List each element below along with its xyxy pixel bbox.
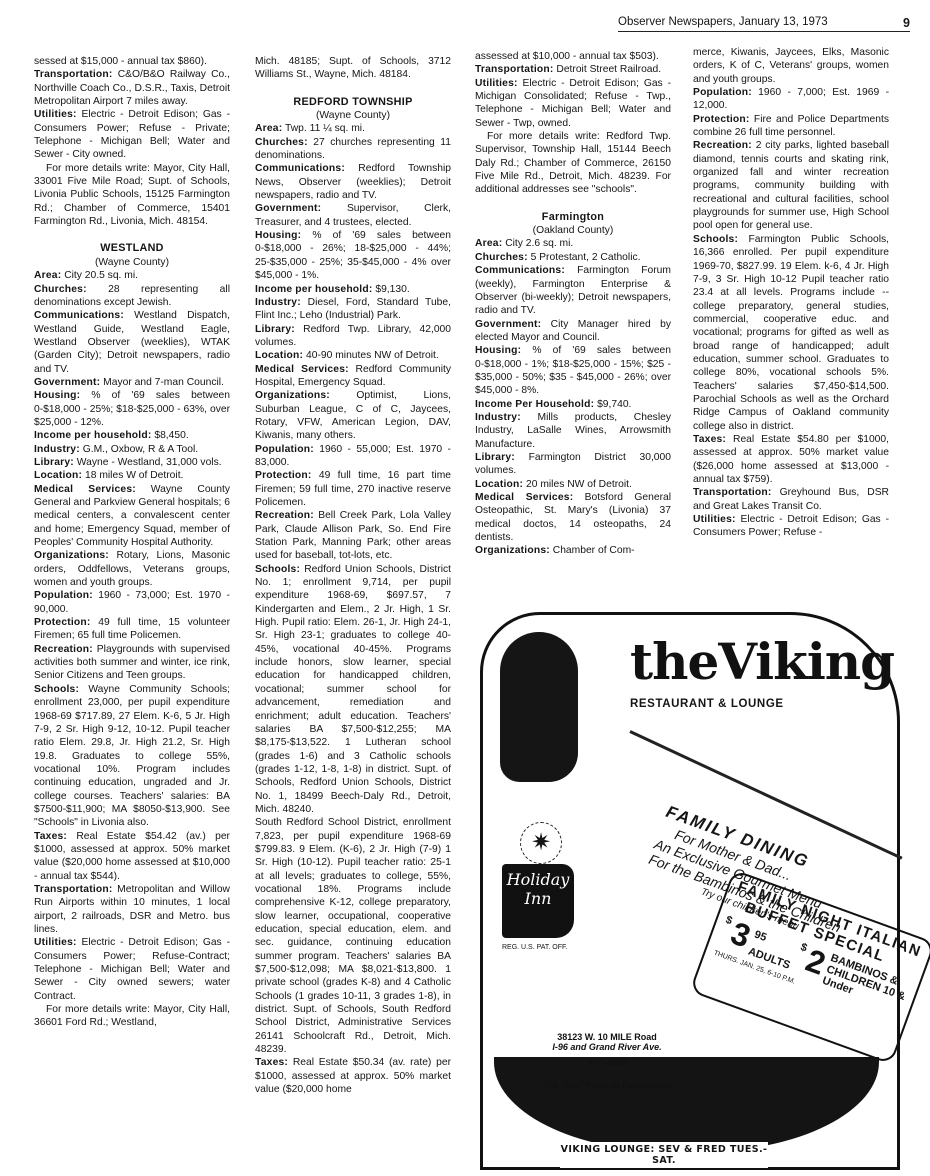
entry-label: Industry: bbox=[475, 412, 521, 423]
entry-transportation: Transportation: Metropolitan and Willow … bbox=[34, 883, 230, 936]
entry-text: $9,740. bbox=[594, 399, 631, 410]
entry-label: Transportation: bbox=[475, 64, 554, 75]
entry-population: Population: 1960 - 73,000; Est. 1970 - 9… bbox=[34, 589, 230, 616]
entry-label: Industry: bbox=[255, 297, 301, 308]
entry-text: merce, Kiwanis, Jaycees, Elks, Masonic o… bbox=[693, 47, 889, 85]
entry-communications: Communications: Westland Dispatch, Westl… bbox=[34, 309, 230, 376]
entry-area: Area: City 2.6 sq. mi. bbox=[475, 237, 671, 250]
entry-text: Chamber of Com- bbox=[550, 545, 635, 556]
page-number: 9 bbox=[903, 16, 910, 30]
entry-text: City 2.6 sq. mi. bbox=[502, 238, 573, 249]
entry-text: Twp. 11 ¼ sq. mi. bbox=[282, 123, 365, 134]
paragraph: For more details write: Redford Twp. Sup… bbox=[475, 130, 671, 197]
viking-helmet-icon bbox=[500, 632, 578, 782]
ad-slogan: The "Inn" Place in Farmington bbox=[532, 1080, 682, 1090]
section-heading: WESTLAND bbox=[34, 242, 230, 255]
entry-label: Churches: bbox=[255, 137, 308, 148]
entry-recreation: Recreation: Bell Creek Park, Lola Valley… bbox=[255, 509, 451, 562]
holiday-inn-logo: Holiday Inn bbox=[502, 864, 574, 938]
paragraph: South Redford School District, enrollmen… bbox=[255, 816, 451, 1056]
entry-label: Utilities: bbox=[475, 78, 518, 89]
section-county: (Wayne County) bbox=[34, 256, 230, 269]
entry-text: $9,130. bbox=[372, 284, 409, 295]
entry-utilities: Utilities: Electric - Detroit Edison; Ga… bbox=[693, 513, 889, 540]
entry-housing: Housing: % of '69 sales between 0-$18,00… bbox=[475, 344, 671, 397]
entry-label: Transportation: bbox=[693, 487, 772, 498]
entry-text: For more details write: Redford Twp. Sup… bbox=[475, 131, 671, 195]
entry-churches: Churches: 28 representing all denominati… bbox=[34, 283, 230, 310]
ad-tagline: RESTAURANT & LOUNGE bbox=[630, 698, 784, 710]
viking-restaurant-ad: theViking RESTAURANT & LOUNGE FAMILY DIN… bbox=[480, 612, 924, 1168]
section-county: (Oakland County) bbox=[475, 224, 671, 237]
entry-government: Government: Mayor and 7-man Council. bbox=[34, 376, 230, 389]
star-icon: ✷ bbox=[520, 822, 562, 864]
entry-communications: Communications: Farmington Forum (weekly… bbox=[475, 264, 671, 317]
entry-label: Taxes: bbox=[693, 434, 726, 445]
entry-schools: Schools: Wayne Community Schools; enroll… bbox=[34, 683, 230, 830]
entry-industry: Industry: Diesel, Ford, Standard Tube, F… bbox=[255, 296, 451, 323]
entry-location: Location: 18 miles W of Detroit. bbox=[34, 469, 230, 482]
entry-recreation: Recreation: Playgrounds with supervised … bbox=[34, 643, 230, 683]
column-3: assessed at $10,000 - annual tax $503).T… bbox=[475, 50, 671, 558]
entry-label: Schools: bbox=[34, 684, 79, 695]
entry-label: Location: bbox=[34, 470, 82, 481]
entry-label: Taxes: bbox=[34, 831, 67, 842]
entry-label: Population: bbox=[693, 87, 752, 98]
section-heading: Farmington bbox=[475, 211, 671, 224]
entry-label: Churches: bbox=[34, 284, 87, 295]
entry-label: Communications: bbox=[255, 163, 345, 174]
entry-label: Library: bbox=[34, 457, 74, 468]
entry-medicalservices: Medical Services: Botsford General Osteo… bbox=[475, 491, 671, 544]
entry-library: Library: Redford Twp. Library, 42,000 vo… bbox=[255, 323, 451, 350]
entry-text: G.M., Oxbow, R & A Tool. bbox=[80, 444, 198, 455]
entry-area: Area: City 20.5 sq. mi. bbox=[34, 269, 230, 282]
entry-text: 2 city parks, lighted baseball diamond, … bbox=[693, 140, 889, 231]
column-1: sessed at $15,000 - annual tax $860).Tra… bbox=[34, 55, 230, 1030]
entry-text: For more details write: Mayor, City Hall… bbox=[34, 163, 230, 227]
entry-label: Taxes: bbox=[255, 1057, 288, 1068]
entry-label: Schools: bbox=[255, 564, 300, 575]
entry-library: Library: Wayne - Westland, 31,000 vols. bbox=[34, 456, 230, 469]
entry-communications: Communications: Redford Township News, O… bbox=[255, 162, 451, 202]
entry-text: City 20.5 sq. mi. bbox=[61, 270, 138, 281]
ad-address-block: 38123 W. 10 MILE Road I-96 and Grand Riv… bbox=[532, 1032, 682, 1090]
section-county: (Wayne County) bbox=[255, 109, 451, 122]
entry-label: Protection: bbox=[255, 470, 312, 481]
entry-housing: Housing: % of '69 sales between 0-$18,00… bbox=[34, 389, 230, 429]
entry-utilities: Utilities: Electric - Detroit Edison; Ga… bbox=[34, 936, 230, 1003]
entry-label: Utilities: bbox=[693, 514, 736, 525]
column-4: merce, Kiwanis, Jaycees, Elks, Masonic o… bbox=[693, 46, 889, 540]
entry-government: Government: Supervisor, Clerk, Treasurer… bbox=[255, 202, 451, 229]
entry-label: Medical Services: bbox=[34, 484, 136, 495]
entry-text: 40-90 minutes NW of Detroit. bbox=[303, 350, 439, 361]
entry-organizations: Organizations: Chamber of Com- bbox=[475, 544, 671, 557]
entry-label: Protection: bbox=[34, 617, 91, 628]
entry-population: Population: 1960 - 55,000; Est. 1970 - 8… bbox=[255, 443, 451, 470]
entry-label: Organizations: bbox=[255, 390, 330, 401]
entry-location: Location: 20 miles NW of Detroit. bbox=[475, 478, 671, 491]
entry-area: Area: Twp. 11 ¼ sq. mi. bbox=[255, 122, 451, 135]
entry-recreation: Recreation: 2 city parks, lighted baseba… bbox=[693, 139, 889, 232]
entry-label: Library: bbox=[475, 452, 515, 463]
entry-label: Communications: bbox=[475, 265, 565, 276]
paragraph: assessed at $10,000 - annual tax $503). bbox=[475, 50, 671, 63]
entry-label: Recreation: bbox=[693, 140, 752, 151]
entry-protection: Protection: 49 full time, 15 volunteer F… bbox=[34, 616, 230, 643]
entry-medicalservices: Medical Services: Wayne County General a… bbox=[34, 483, 230, 550]
entry-label: Protection: bbox=[693, 114, 750, 125]
publication-date: Observer Newspapers, January 13, 1973 bbox=[618, 16, 828, 30]
entry-label: Area: bbox=[34, 270, 61, 281]
entry-incomeperhousehold: Income per household: $9,130. bbox=[255, 283, 451, 296]
entry-protection: Protection: Fire and Police Departments … bbox=[693, 113, 889, 140]
entry-label: Library: bbox=[255, 324, 295, 335]
entry-label: Industry: bbox=[34, 444, 80, 455]
entry-label: Transportation: bbox=[34, 69, 113, 80]
entry-churches: Churches: 5 Protestant, 2 Catholic. bbox=[475, 251, 671, 264]
entry-library: Library: Farmington District 30,000 volu… bbox=[475, 451, 671, 478]
entry-label: Housing: bbox=[255, 230, 301, 241]
entry-label: Utilities: bbox=[34, 109, 77, 120]
entry-schools: Schools: Redford Union Schools, District… bbox=[255, 563, 451, 817]
entry-label: Population: bbox=[255, 444, 314, 455]
paragraph: Mich. 48185; Supt. of Schools, 3712 Will… bbox=[255, 55, 451, 82]
entry-label: Schools: bbox=[693, 234, 738, 245]
entry-text: Detroit Street Railroad. bbox=[554, 64, 662, 75]
phone-number: 477-4000 bbox=[532, 1058, 682, 1068]
entry-text: 20 miles NW of Detroit. bbox=[523, 479, 632, 490]
entry-protection: Protection: 49 full time, 16 part time F… bbox=[255, 469, 451, 509]
street-address: 38123 W. 10 MILE Road bbox=[532, 1032, 682, 1042]
entry-label: Organizations: bbox=[34, 550, 109, 561]
entry-text: Mayor and 7-man Council. bbox=[100, 377, 224, 388]
entry-label: Area: bbox=[255, 123, 282, 134]
entry-label: Organizations: bbox=[475, 545, 550, 556]
entry-transportation: Transportation: Detroit Street Railroad. bbox=[475, 63, 671, 76]
entry-text: Wayne Community Schools; enrollment 23,0… bbox=[34, 684, 230, 828]
entry-text: 5 Protestant, 2 Catholic. bbox=[528, 252, 641, 263]
paragraph: merce, Kiwanis, Jaycees, Elks, Masonic o… bbox=[693, 46, 889, 86]
lounge-banner: VIKING LOUNGE: SEV & FRED TUES.-SAT. bbox=[560, 1142, 768, 1168]
section-heading: REDFORD TOWNSHIP bbox=[255, 96, 451, 109]
paragraph: sessed at $15,000 - annual tax $860). bbox=[34, 55, 230, 68]
paragraph: For more details write: Mayor, City Hall… bbox=[34, 1003, 230, 1030]
entry-government: Government: City Manager hired by electe… bbox=[475, 318, 671, 345]
entry-text: sessed at $15,000 - annual tax $860). bbox=[34, 56, 207, 67]
entry-incomeperhousehold: Income Per Household: $9,740. bbox=[475, 398, 671, 411]
entry-label: Income per household: bbox=[34, 430, 151, 441]
adult-price-cents: 95 bbox=[753, 929, 769, 944]
entry-label: Area: bbox=[475, 238, 502, 249]
entry-label: Recreation: bbox=[34, 644, 93, 655]
entry-text: Wayne - Westland, 31,000 vols. bbox=[74, 457, 222, 468]
entry-label: Recreation: bbox=[255, 510, 314, 521]
entry-text: $8,450. bbox=[151, 430, 188, 441]
entry-incomeperhousehold: Income per household: $8,450. bbox=[34, 429, 230, 442]
entry-text: 18 miles W of Detroit. bbox=[82, 470, 183, 481]
entry-text: Redford Union Schools, District No. 1; e… bbox=[255, 564, 451, 815]
entry-organizations: Organizations: Optimist, Lions, Suburban… bbox=[255, 389, 451, 442]
entry-text: South Redford School District, enrollmen… bbox=[255, 817, 451, 1055]
entry-label: Housing: bbox=[34, 390, 80, 401]
entry-text: assessed at $10,000 - annual tax $503). bbox=[475, 51, 659, 62]
entry-utilities: Utilities: Electric - Detroit Edison; Ga… bbox=[34, 108, 230, 161]
entry-label: Income Per Household: bbox=[475, 399, 594, 410]
entry-text: Mich. 48185; Supt. of Schools, 3712 Will… bbox=[255, 56, 451, 80]
holiday-inn-sign: ✷ Holiday Inn REG. U.S. PAT. OFF. bbox=[502, 822, 580, 951]
cross-streets: I-96 and Grand River Ave. bbox=[532, 1042, 682, 1052]
entry-taxes: Taxes: Real Estate $54.80 per $1000, ass… bbox=[693, 433, 889, 486]
viking-logo: theViking bbox=[630, 632, 894, 691]
entry-label: Medical Services: bbox=[475, 492, 573, 503]
entry-population: Population: 1960 - 7,000; Est. 1969 - 12… bbox=[693, 86, 889, 113]
entry-organizations: Organizations: Rotary, Lions, Masonic or… bbox=[34, 549, 230, 589]
entry-label: Income per household: bbox=[255, 284, 372, 295]
entry-taxes: Taxes: Real Estate $50.34 (av. rate) per… bbox=[255, 1056, 451, 1096]
entry-housing: Housing: % of '69 sales between 0-$18,00… bbox=[255, 229, 451, 282]
entry-label: Government: bbox=[255, 203, 321, 214]
entry-label: Churches: bbox=[475, 252, 528, 263]
entry-label: Communications: bbox=[34, 310, 124, 321]
entry-transportation: Transportation: C&O/B&O Railway Co., Nor… bbox=[34, 68, 230, 108]
entry-schools: Schools: Farmington Public Schools, 16,3… bbox=[693, 233, 889, 433]
entry-label: Utilities: bbox=[34, 937, 77, 948]
entry-label: Transportation: bbox=[34, 884, 113, 895]
entry-label: Location: bbox=[255, 350, 303, 361]
column-2: Mich. 48185; Supt. of Schools, 3712 Will… bbox=[255, 55, 451, 1096]
entry-label: Government: bbox=[34, 377, 100, 388]
masthead: Observer Newspapers, January 13, 1973 9 bbox=[618, 16, 910, 32]
entry-text: For more details write: Mayor, City Hall… bbox=[34, 1004, 230, 1028]
entry-text: Farmington Public Schools, 16,366 enroll… bbox=[693, 234, 889, 432]
entry-location: Location: 40-90 minutes NW of Detroit. bbox=[255, 349, 451, 362]
entry-label: Housing: bbox=[475, 345, 521, 356]
entry-label: Government: bbox=[475, 319, 541, 330]
trademark-note: REG. U.S. PAT. OFF. bbox=[502, 944, 580, 951]
entry-label: Location: bbox=[475, 479, 523, 490]
entry-taxes: Taxes: Real Estate $54.42 (av.) per $100… bbox=[34, 830, 230, 883]
entry-label: Medical Services: bbox=[255, 364, 349, 375]
entry-industry: Industry: Mills products, Chesley Indust… bbox=[475, 411, 671, 451]
entry-churches: Churches: 27 churches representing 11 de… bbox=[255, 136, 451, 163]
entry-industry: Industry: G.M., Oxbow, R & A Tool. bbox=[34, 443, 230, 456]
entry-label: Population: bbox=[34, 590, 93, 601]
paragraph: For more details write: Mayor, City Hall… bbox=[34, 162, 230, 229]
entry-medicalservices: Medical Services: Redford Community Hosp… bbox=[255, 363, 451, 390]
entry-transportation: Transportation: Greyhound Bus, DSR and G… bbox=[693, 486, 889, 513]
entry-utilities: Utilities: Electric - Detroit Edison; Ga… bbox=[475, 77, 671, 130]
